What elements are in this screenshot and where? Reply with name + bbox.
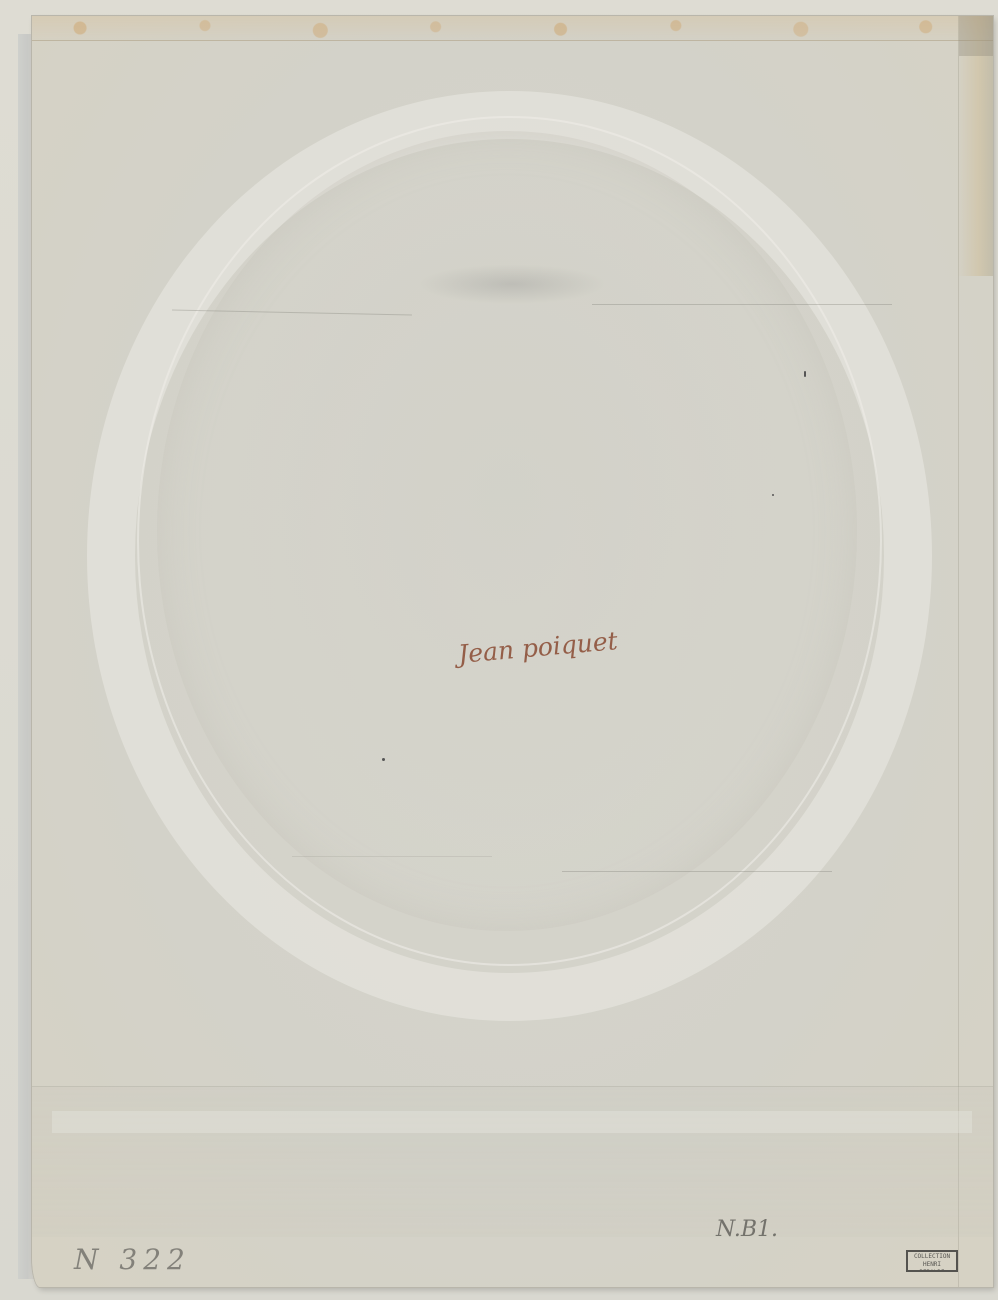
stamp-line-2: HENRI BERALDI — [910, 1261, 954, 1272]
crease-line — [292, 856, 492, 857]
collector-stamp: COLLECTION HENRI BERALDI — [906, 1250, 958, 1272]
crease-line — [592, 304, 892, 305]
photo-canvas: Jean poiquet N 322 N.B1. COLLECTION HENR… — [0, 0, 998, 1300]
pencil-note: N.B1. — [716, 1217, 778, 1242]
bottom-light-band — [52, 1111, 972, 1133]
foxed-top-border — [32, 16, 993, 41]
paper-speck — [382, 758, 385, 761]
paper-speck — [772, 494, 774, 496]
pencil-inventory-number: N 322 — [74, 1243, 191, 1276]
crease-line — [562, 871, 832, 872]
stamp-line-1: COLLECTION — [910, 1253, 954, 1261]
stained-corner — [959, 16, 993, 56]
ink-smudge — [417, 264, 607, 304]
paper-speck — [804, 371, 806, 377]
bottom-text-panel-show-through — [32, 1086, 993, 1237]
oval-portrait-area — [157, 131, 857, 931]
